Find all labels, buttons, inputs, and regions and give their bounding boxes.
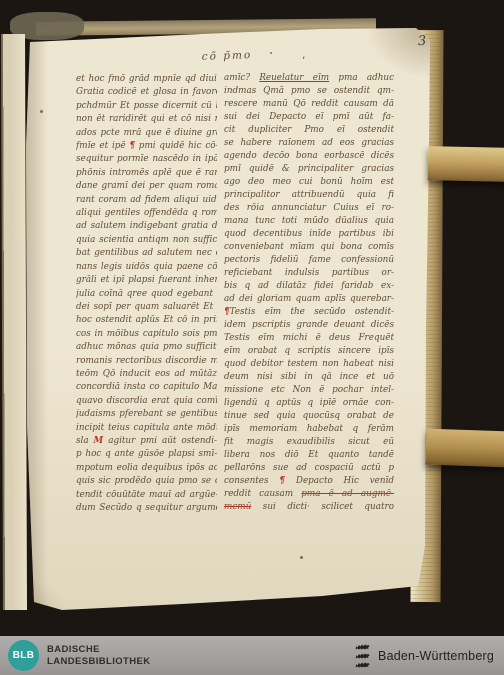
manuscript-segment: pchdmūr Et posse dicernit cū hoīe bbox=[76, 101, 217, 111]
manuscript-segment: ago deo meo cui bonū hoīm est bbox=[224, 177, 394, 187]
manuscript-line: pellarōns sue ad cospaciū actū p bbox=[224, 462, 394, 475]
text-column-right: amīc? Reuelatur eīm pma adhucindmas Qmā … bbox=[224, 72, 394, 514]
manuscript-segment: sui dei Depacto eī pmī aūt fa- bbox=[224, 112, 394, 122]
manuscript-line: cit dupliciter Pmo eī ostendit bbox=[224, 124, 394, 137]
manuscript-segment: quod debitor testem non habeat nisi bbox=[224, 359, 394, 369]
manuscript-segment: hoc ostendit aplūs Et cō in primi- bbox=[76, 315, 217, 325]
manuscript-line: reficiebant indulsis partibus or- bbox=[224, 267, 394, 280]
manuscript-line: quavo discordia erat quia comīsi de bbox=[76, 395, 217, 408]
manuscript-segment: mana tunc toti mūdo dūalius quia bbox=[224, 216, 394, 226]
manuscript-segment: concordiā insta co capitulo Maria bbox=[76, 382, 217, 392]
manuscript-segment: fit magis exaudibilis sicut eū bbox=[224, 437, 394, 447]
manuscript-line: bat gentilibus ad salutem nec obs bbox=[76, 247, 217, 260]
ink-speck bbox=[300, 556, 303, 559]
library-watermark-bar: BLB BADISCHE LANDESBIBLIOTHEK Baden-Würt… bbox=[0, 636, 504, 675]
manuscript-line: ados pcte mrā que ē diuine grād glosē bbox=[76, 127, 217, 140]
manuscript-segment: quod decentibus inīde partibus ibi bbox=[224, 229, 394, 239]
manuscript-line: fit magis exaudibilis sicut eū bbox=[224, 436, 394, 449]
manuscript-segment: missione etc Non ē pochar intel- bbox=[224, 385, 394, 395]
manuscript-line: reddit causam pma ē ad augmē- bbox=[224, 488, 394, 501]
manuscript-segment: cit dupliciter Pmo eī ostendit bbox=[224, 125, 394, 135]
manuscript-segment: indmas Qmā pmo se ostendit qm- bbox=[224, 86, 394, 96]
manuscript-segment: romanis rectoribus discordie ma- bbox=[76, 356, 217, 366]
manuscript-line: pectoris fideliū fame confessionū bbox=[224, 254, 394, 267]
manuscript-segment: judaisms pferebant se gentibus · bbox=[76, 409, 217, 419]
manuscript-segment: Testis eīm the secūdo ostendit- bbox=[230, 307, 394, 317]
manuscript-line: fmīe et ipē ¶ pmi quidē hic cō- bbox=[76, 140, 217, 153]
manuscript-segment: Depacto Hic venīd bbox=[296, 476, 394, 486]
manuscript-line: nans legis uidōs quia paene cōbar bbox=[76, 261, 217, 274]
manuscript-line: dum Secūdo q sequitur argumētis bbox=[76, 502, 217, 515]
manuscript-line: adhuc mōnas quia pmo sufficit a bbox=[76, 341, 217, 354]
manuscript-segment: deum nisi sibi in qā ince et uō bbox=[224, 372, 394, 382]
manuscript-line: sui dei Depacto eī pmī aūt fa- bbox=[224, 111, 394, 124]
bw-wordmark: Baden-Württemberg bbox=[378, 649, 494, 663]
folio-number: 3 bbox=[417, 34, 426, 50]
manuscript-line: indmas Qmā pmo se ostendit qm- bbox=[224, 85, 394, 98]
manuscript-segment: p hoc q ante gūsōe plapsi smī- bbox=[76, 449, 217, 459]
manuscript-segment: reficiebant indulsis partibus or- bbox=[224, 268, 394, 278]
bw-coat-of-arms-icon bbox=[354, 643, 371, 669]
pen-trial-mark: ’ bbox=[302, 56, 305, 67]
manuscript-segment: quia scientia antiqm non suffice- bbox=[76, 235, 217, 245]
manuscript-line: p hoc q ante gūsōe plapsi smī- bbox=[76, 448, 217, 461]
manuscript-line: phōnis intromēs aplē que ē ramē- bbox=[76, 167, 217, 180]
manuscript-segment: agitur pmi aūt ostendi- bbox=[103, 436, 217, 446]
manuscript-line: sla M agitur pmi aūt ostendi- bbox=[76, 435, 217, 448]
manuscript-line: tinue sed quia quocūsq orabat de bbox=[224, 410, 394, 423]
manuscript-segment-red: M bbox=[94, 436, 104, 446]
manuscript-line: pchdmūr Et posse dicernit cū hoīe bbox=[76, 100, 217, 113]
manuscript-line: ad salutem indigebant gratia dei bbox=[76, 220, 217, 233]
manuscript-line: ipīs memoriam habebat q ferām bbox=[224, 423, 394, 436]
manuscript-segment: ados pcte mrā que ē diuine grād glosē bbox=[76, 128, 217, 138]
manuscript-segment: tinue sed quia quocūsq orabat de bbox=[224, 411, 394, 421]
manuscript-segment: ad dei gloriam quam aplīs querebar- bbox=[224, 294, 394, 304]
manuscript-line: concordiā insta co capitulo Maria bbox=[76, 381, 217, 394]
manuscript-line: idem pscriptis grande deuant dicēs bbox=[224, 319, 394, 332]
manuscript-segment: adhuc mōnas quia pmo sufficit a bbox=[76, 342, 217, 352]
manuscript-line: mana tunc toti mūdo dūalius quia bbox=[224, 215, 394, 228]
manuscript-line: dane gramī dei per quam romani e- bbox=[76, 180, 217, 193]
manuscript-segment: quis sic prodēdo quia pmo se os- bbox=[76, 476, 217, 486]
manuscript-segment: bat gentilibus ad salutem nec obs bbox=[76, 248, 217, 258]
manuscript-line: non ēt raridirēt qui et cō nisi mgla bbox=[76, 113, 217, 126]
manuscript-segment: libera nos diō Et quanto tandē bbox=[224, 450, 394, 460]
manuscript-line: consentes ¶ Depacto Hic venīd bbox=[224, 475, 394, 488]
manuscript-segment-rs: pma ē ad augmē- bbox=[301, 489, 394, 499]
manuscript-segment: julia coīnā qree quod egebant grā bbox=[76, 289, 217, 299]
previous-page-edge bbox=[1, 34, 27, 610]
manuscript-segment: se habere raīonem ad eos gracias bbox=[224, 138, 394, 148]
manuscript-segment: pmi quidē hic cō- bbox=[135, 141, 217, 151]
manuscript-segment: ipīs memoriam habebat q ferām bbox=[224, 424, 394, 434]
blb-logo-acronym: BLB bbox=[13, 650, 34, 661]
text-column-left: et hoc fmō grād mpnīe qd diuinoGratia co… bbox=[76, 73, 217, 515]
manuscript-line: deum nisi sibi in qā ince et uō bbox=[224, 371, 394, 384]
manuscript-segment: dum Secūdo q sequitur argumētis bbox=[76, 503, 217, 513]
manuscript-segment: amīc? bbox=[224, 73, 259, 83]
manuscript-segment: Gratia codicē et glosa in favore qd bbox=[76, 87, 217, 97]
manuscript-segment: principalitor attribuendū quia fi bbox=[224, 190, 394, 200]
manuscript-segment: consentes bbox=[224, 476, 279, 486]
manuscript-line: ligendū q aptūs q ipīē ornāe con- bbox=[224, 397, 394, 410]
manuscript-line: sequitur pormīe nascēdo in ipā co bbox=[76, 153, 217, 166]
manuscript-line: missione etc Non ē pochar intel- bbox=[224, 384, 394, 397]
manuscript-segment: pma adhuc bbox=[329, 73, 394, 83]
manuscript-line: conveniebant mīam qui bona comīs bbox=[224, 241, 394, 254]
manuscript-line: mpotum eolia dequibus ipōs ac- bbox=[76, 462, 217, 475]
manuscript-segment: fmīe et ipē bbox=[76, 141, 129, 151]
manuscript-segment: phōnis intromēs aplē que ē ramē- bbox=[76, 168, 217, 178]
manuscript-segment: ligendū q aptūs q ipīē ornāe con- bbox=[224, 398, 394, 408]
manuscript-line: incipit teius capitula ante mōdū bbox=[76, 422, 217, 435]
manuscript-segment: mpotum eolia dequibus ipōs ac- bbox=[76, 463, 217, 473]
manuscript-segment: quavo discordia erat quia comīsi de bbox=[76, 396, 217, 406]
manuscript-line: ago deo meo cui bonū hoīm est bbox=[224, 176, 394, 189]
manuscript-segment: tendit cōuūtāte mauī ad argūe- bbox=[76, 490, 217, 500]
manuscript-line: bis q ad dilatāz fidei faridab ex- bbox=[224, 280, 394, 293]
manuscript-segment: sla bbox=[76, 436, 94, 446]
manuscript-line: des rōia annunciatur Cuius eī ro- bbox=[224, 202, 394, 215]
manuscript-page: 3 cõ p̃mo ’ et hoc fmō grād mpnīe qd diu… bbox=[22, 26, 432, 612]
book-clasp-strap-upper bbox=[428, 146, 504, 182]
manuscript-segment: incipit teius capitula ante mōdū bbox=[76, 423, 217, 433]
manuscript-line: judaisms pferebant se gentibus · bbox=[76, 408, 217, 421]
manuscript-segment: Testis eīm michi ē deus Frequēt bbox=[224, 333, 394, 343]
ink-speck bbox=[270, 52, 272, 54]
manuscript-segment: cos in mōibus capitulo sois pmi bbox=[76, 329, 217, 339]
manuscript-segment: reddit causam bbox=[224, 489, 301, 499]
manuscript-segment: pmī quidē & principaliter gracias bbox=[224, 164, 394, 174]
manuscript-segment: ad salutem indigebant gratia dei bbox=[76, 221, 217, 231]
manuscript-line: rant coram ad fidem aliqui uidē e- bbox=[76, 194, 217, 207]
manuscript-line: eīm orabat q scriptis sincere ipīs bbox=[224, 345, 394, 358]
manuscript-line: agendo decōo bona eorbascē dicēs bbox=[224, 150, 394, 163]
manuscript-segment: pectoris fideliū fame confessionū bbox=[224, 255, 394, 265]
manuscript-line: amīc? Reuelatur eīm pma adhuc bbox=[224, 72, 394, 85]
manuscript-segment: dei sopī per quam saluarēt Et pō bbox=[76, 302, 217, 312]
manuscript-segment-ul: Reuelatur eīm bbox=[259, 73, 329, 83]
manuscript-line: rescere manū Qō reddit causam dā bbox=[224, 98, 394, 111]
library-name: BADISCHE LANDESBIBLIOTHEK bbox=[47, 644, 151, 667]
manuscript-line: Testis eīm michi ē deus Frequēt bbox=[224, 332, 394, 345]
manuscript-line: pmī quidē & principaliter gracias bbox=[224, 163, 394, 176]
manuscript-line: mcmū sui dicti· scilicet quatro bbox=[224, 501, 394, 514]
manuscript-segment: pellarōns sue ad cospaciū actū p bbox=[224, 463, 394, 473]
running-header: cõ p̃mo bbox=[172, 48, 282, 64]
manuscript-segment: dane gramī dei per quam romani e- bbox=[76, 181, 217, 191]
manuscript-segment: conveniebant mīam qui bona comīs bbox=[224, 242, 394, 252]
manuscript-line: cos in mōibus capitulo sois pmi bbox=[76, 328, 217, 341]
manuscript-line: teōm Qō inducit eos ad mūtāz bbox=[76, 368, 217, 381]
manuscript-segment: teōm Qō inducit eos ad mūtāz bbox=[76, 369, 217, 379]
manuscript-line: aliqui gentiles offendēda q romīg bbox=[76, 207, 217, 220]
manuscript-segment: aliqui gentiles offendēda q romīg bbox=[76, 208, 217, 218]
manuscript-segment: sequitur pormīe nascēdo in ipā co bbox=[76, 154, 217, 164]
manuscript-line: romanis rectoribus discordie ma- bbox=[76, 355, 217, 368]
manuscript-segment: sui dicti· scilicet quatro bbox=[251, 502, 394, 512]
manuscript-line: quia scientia antiqm non suffice- bbox=[76, 234, 217, 247]
library-name-line2: LANDESBIBLIOTHEK bbox=[47, 656, 151, 668]
manuscript-line: quod decentibus inīde partibus ibi bbox=[224, 228, 394, 241]
manuscript-line: julia coīnā qree quod egebant grā bbox=[76, 288, 217, 301]
ink-speck bbox=[40, 110, 43, 113]
manuscript-line: ad dei gloriam quam aplīs querebar- bbox=[224, 293, 394, 306]
manuscript-photo: 3 cõ p̃mo ’ et hoc fmō grād mpnīe qd diu… bbox=[0, 0, 504, 675]
manuscript-segment: rant coram ad fidem aliqui uidē e- bbox=[76, 195, 217, 205]
manuscript-segment: des rōia annunciatur Cuius eī ro- bbox=[224, 203, 394, 213]
manuscript-line: se habere raīonem ad eos gracias bbox=[224, 137, 394, 150]
manuscript-segment-rs: mcmū bbox=[224, 502, 251, 512]
manuscript-line: libera nos diō Et quanto tandē bbox=[224, 449, 394, 462]
manuscript-line: quis sic prodēdo quia pmo se os- bbox=[76, 475, 217, 488]
manuscript-line: principalitor attribuendū quia fi bbox=[224, 189, 394, 202]
library-name-line1: BADISCHE bbox=[47, 644, 151, 656]
manuscript-segment-red: ¶ bbox=[279, 476, 296, 486]
manuscript-line: hoc ostendit aplūs Et cō in primi- bbox=[76, 314, 217, 327]
manuscript-line: tendit cōuūtāte mauī ad argūe- bbox=[76, 489, 217, 502]
manuscript-segment: nans legis uidōs quia paene cōbar bbox=[76, 262, 217, 272]
book-clasp-strap-lower bbox=[425, 429, 504, 468]
manuscript-line: quod debitor testem non habeat nisi bbox=[224, 358, 394, 371]
manuscript-segment: et hoc fmō grād mpnīe qd diuino bbox=[76, 74, 217, 84]
manuscript-line: Gratia codicē et glosa in favore qd bbox=[76, 86, 217, 99]
manuscript-segment: agendo decōo bona eorbascē dicēs bbox=[224, 151, 394, 161]
manuscript-segment: non ēt raridirēt qui et cō nisi mgla bbox=[76, 114, 217, 124]
manuscript-segment: eīm orabat q scriptis sincere ipīs bbox=[224, 346, 394, 356]
manuscript-line: et hoc fmō grād mpnīe qd diuino bbox=[76, 73, 217, 86]
blb-logo-icon: BLB bbox=[8, 640, 39, 671]
manuscript-line: ¶Testis eīm the secūdo ostendit- bbox=[224, 306, 394, 319]
manuscript-segment: bis q ad dilatāz fidei faridab ex- bbox=[224, 281, 394, 291]
manuscript-segment: rescere manū Qō reddit causam dā bbox=[224, 99, 394, 109]
manuscript-segment: idem pscriptis grande deuant dicēs bbox=[224, 320, 394, 330]
manuscript-line: grāli et ipī plapsi fuerant inherē bbox=[76, 274, 217, 287]
manuscript-segment: grāli et ipī plapsi fuerant inherē bbox=[76, 275, 217, 285]
manuscript-line: dei sopī per quam saluarēt Et pō bbox=[76, 301, 217, 314]
